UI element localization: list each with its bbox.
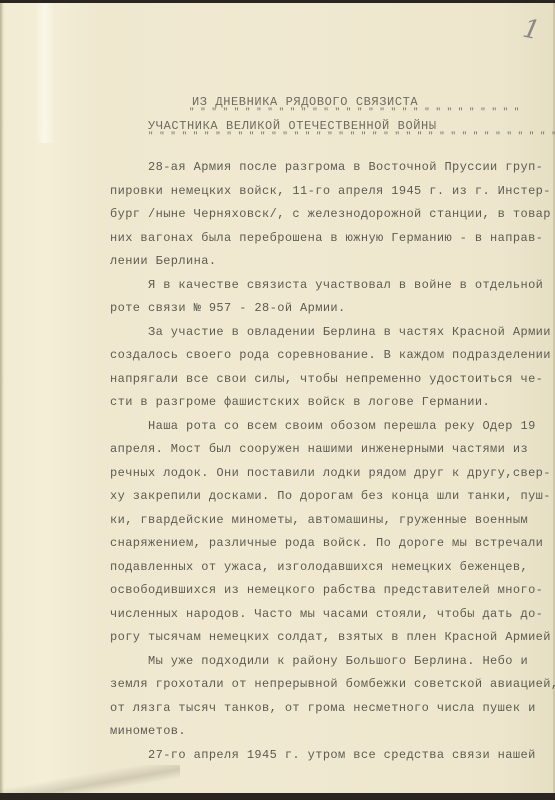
text-line: ки, гвардейские минометы, автомашины, гр… [110,509,555,533]
text-line: пировки немецких войск, 11-го апреля 194… [110,180,555,204]
text-line: подавленных от ужаса, изголодавшихся нем… [110,556,555,580]
text-line: сти в разгроме фашистских войск в логове… [110,391,555,415]
document-page: 1 ИЗ ДНЕВНИКА РЯДОВОГО СВЯЗИСТА " " " " … [0,3,555,793]
text-line: ху закрепили досками. По дорогам без кон… [110,485,555,509]
text-line: численных народов. Часто мы часами стоял… [110,603,555,627]
text-line: 27-го апреля 1945 г. утром все средства … [110,744,555,768]
text-line: Наша рота со всем своим обозом перешла р… [110,415,555,439]
text-line: бург /ныне Черняховск/, с железнодорожно… [110,203,555,227]
text-line: снаряжением, различные рода войск. По до… [110,532,555,556]
scanned-document: 1 ИЗ ДНЕВНИКА РЯДОВОГО СВЯЗИСТА " " " " … [0,0,555,800]
handwritten-page-number: 1 [520,14,542,47]
text-line: За участие в овладении Берлина в частях … [110,321,555,345]
text-line: создалось своего рода соревнование. В ка… [110,344,555,368]
text-line: минометов. [110,720,555,744]
text-line: лении Берлина. [110,250,555,274]
document-body: 28-ая Армия после разгрома в Восточной П… [110,156,555,767]
title-underline-1: " " " " " " " " " " " " " " " " " " " " … [189,107,555,117]
text-line: рогу тысячам немецких солдат, взятых в п… [110,626,555,650]
scan-border [0,793,555,800]
text-line: них вагонах была переброшена в южную Гер… [110,227,555,251]
text-line: Я в качестве связиста участвовал в войне… [110,274,555,298]
text-line: Мы уже подходили к району Большого Берли… [110,650,555,674]
text-line: освободившихся из немецкого рабства пред… [110,579,555,603]
text-line: речных лодок. Они поставили лодки рядом … [110,462,555,486]
text-line: 28-ая Армия после разгрома в Восточной П… [110,156,555,180]
text-line: земля грохотали от непрерывной бомбежки … [110,673,555,697]
text-line: роте связи № 957 - 28-ой Армии. [110,297,555,321]
text-line: апреля. Мост был сооружен нашими инженер… [110,438,555,462]
text-line: напрягали все свои силы, чтобы непременн… [110,368,555,392]
text-line: от лязга тысяч танков, от грома несметно… [110,697,555,721]
title-underline-2: " " " " " " " " " " " " " " " " " " " " … [148,131,555,141]
page-edge-shadow [0,3,4,793]
